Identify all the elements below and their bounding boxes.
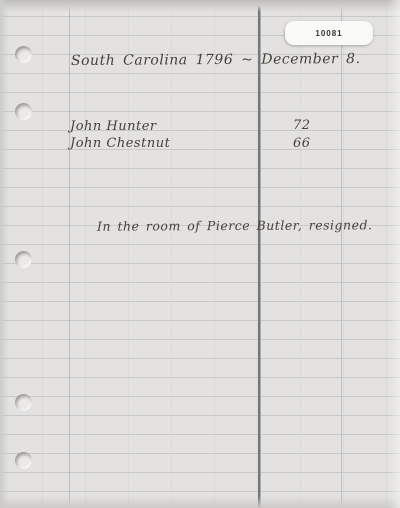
catalog-label-sticker: 10081 [285, 21, 373, 45]
scan-edge-top [0, 0, 400, 12]
entry-value: 66 [293, 136, 311, 151]
scan-edge-right [388, 0, 400, 508]
punch-hole [15, 394, 32, 411]
punch-hole [15, 251, 32, 268]
marginal-note: In the room of Pierce Butler, resigned. [97, 217, 373, 233]
left-margin-line [69, 0, 70, 508]
paper-texture [0, 0, 400, 508]
punch-hole [15, 103, 32, 120]
catalog-number: 10081 [315, 29, 342, 38]
entry-name: John Hunter [70, 119, 157, 134]
page-heading: South Carolina 1796 ~ December 8. [71, 51, 361, 69]
ruled-lines [0, 0, 400, 508]
punch-hole [15, 452, 32, 469]
punch-hole [15, 46, 32, 63]
column-rule-faint [341, 0, 342, 508]
scan-edge-left [0, 0, 9, 508]
scan-edge-bottom [0, 496, 400, 508]
entry-value: 72 [293, 118, 311, 133]
notebook-page: 10081 South Carolina 1796 ~ December 8. … [0, 0, 400, 508]
column-rule-dark [258, 0, 260, 508]
entry-name: John Chestnut [70, 136, 170, 151]
